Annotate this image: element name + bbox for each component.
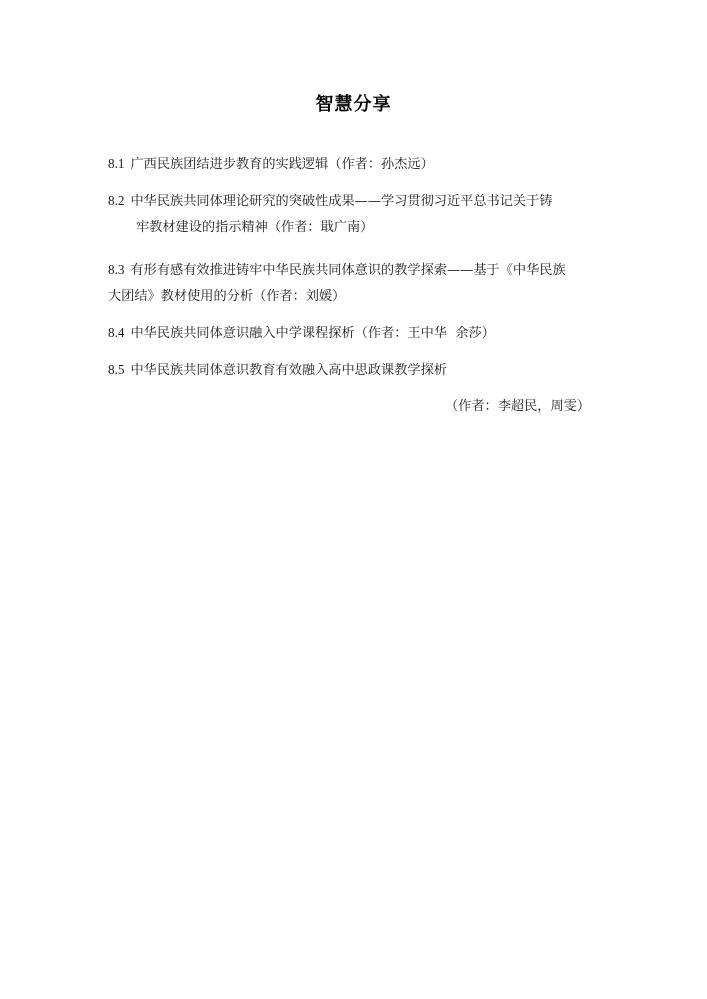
entry-text: 中华民族共同体意识融入中学课程探析（作者：王中华 余莎） [130,326,494,341]
entry-number: 8.4 [108,324,124,342]
entry-number: 8.5 [108,361,124,379]
entry-text: 中华民族共同体意识教育有效融入高中思政课教学探析 [130,363,447,378]
toc-entry-8-2-continued: 牢教材建设的指示精神（作者：戢广南） [136,219,373,237]
toc-entry-8-5-author: （作者：李超民，周雯） [445,398,590,416]
entry-number: 8.3 [108,261,124,279]
toc-entry-8-3-continued: 大团结》教材使用的分析（作者：刘媛） [108,288,345,306]
entry-text: 中华民族共同体理论研究的突破性成果——学习贯彻习近平总书记关于铸 [130,194,552,209]
entry-text: 大团结》教材使用的分析（作者：刘媛） [108,289,345,304]
toc-entry-8-5: 8.5中华民族共同体意识教育有效融入高中思政课教学探析 [108,361,447,380]
entry-text: 有形有感有效推进铸牢中华民族共同体意识的教学探索——基于《中华民族 [130,263,565,278]
entry-number: 8.1 [108,155,124,173]
toc-entry-8-1: 8.1广西民族团结进步教育的实践逻辑（作者：孙杰远） [108,155,434,174]
page-title: 智慧分享 [0,90,707,116]
entry-text: 广西民族团结进步教育的实践逻辑（作者：孙杰远） [130,157,433,172]
entry-text: 牢教材建设的指示精神（作者：戢广南） [136,220,373,235]
toc-entry-8-2: 8.2中华民族共同体理论研究的突破性成果——学习贯彻习近平总书记关于铸 [108,192,552,211]
entry-text: （作者：李超民，周雯） [445,399,590,414]
entry-number: 8.2 [108,192,124,210]
toc-entry-8-4: 8.4中华民族共同体意识融入中学课程探析（作者：王中华 余莎） [108,324,495,343]
toc-entry-8-3: 8.3有形有感有效推进铸牢中华民族共同体意识的教学探索——基于《中华民族 [108,261,566,280]
